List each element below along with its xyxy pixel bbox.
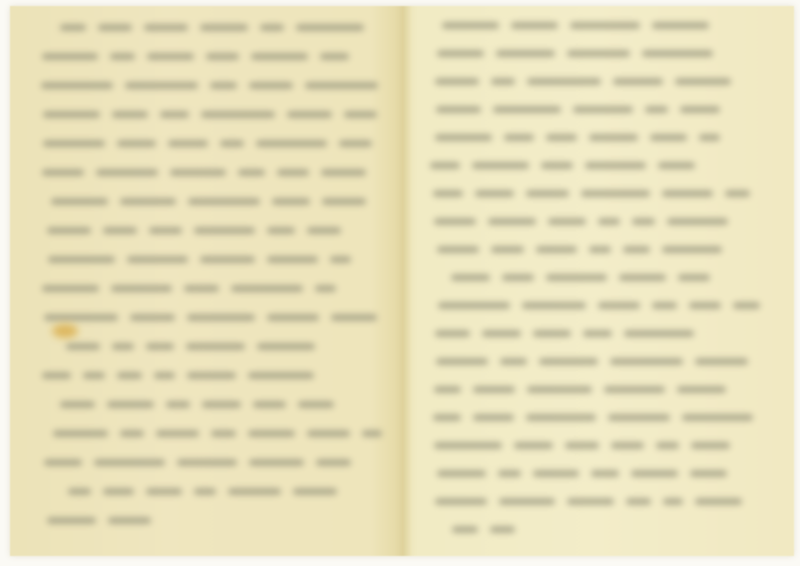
handwritten-line — [42, 45, 360, 52]
handwritten-line — [442, 14, 721, 21]
handwritten-line — [68, 480, 350, 487]
handwritten-line — [44, 451, 363, 458]
handwritten-line — [437, 238, 734, 245]
handwritten-line — [53, 422, 394, 429]
handwritten-line — [44, 306, 390, 313]
handwritten-line — [42, 277, 348, 284]
handwritten-line — [41, 74, 390, 81]
handwritten-line — [437, 462, 739, 469]
handwritten-line — [433, 406, 765, 413]
handwritten-line — [66, 335, 328, 342]
handwritten-line — [435, 70, 743, 77]
handwritten-line — [437, 42, 725, 49]
letter-sheet — [10, 6, 794, 556]
handwritten-line — [42, 161, 378, 168]
handwritten-line — [435, 126, 732, 133]
handwritten-line — [451, 266, 723, 273]
handwritten-line — [438, 294, 772, 301]
ink-stain — [52, 324, 78, 338]
left-page — [10, 6, 402, 556]
handwritten-line — [434, 378, 738, 385]
handwritten-line — [436, 98, 732, 105]
handwritten-line — [434, 434, 743, 441]
handwritten-line — [435, 490, 755, 497]
handwritten-line — [434, 210, 740, 217]
handwritten-line — [436, 350, 761, 357]
handwritten-line — [43, 132, 385, 139]
handwritten-line — [433, 182, 762, 189]
handwritten-line — [51, 190, 379, 197]
right-page — [402, 6, 794, 556]
handwritten-line — [430, 154, 707, 161]
handwritten-line — [435, 322, 707, 329]
handwritten-line — [42, 364, 326, 371]
handwritten-line — [43, 103, 388, 110]
handwritten-line — [452, 518, 526, 525]
handwritten-line — [48, 248, 363, 255]
handwritten-line — [47, 509, 163, 516]
handwritten-line — [60, 393, 346, 400]
handwritten-line — [60, 16, 377, 23]
handwritten-line — [47, 219, 354, 226]
